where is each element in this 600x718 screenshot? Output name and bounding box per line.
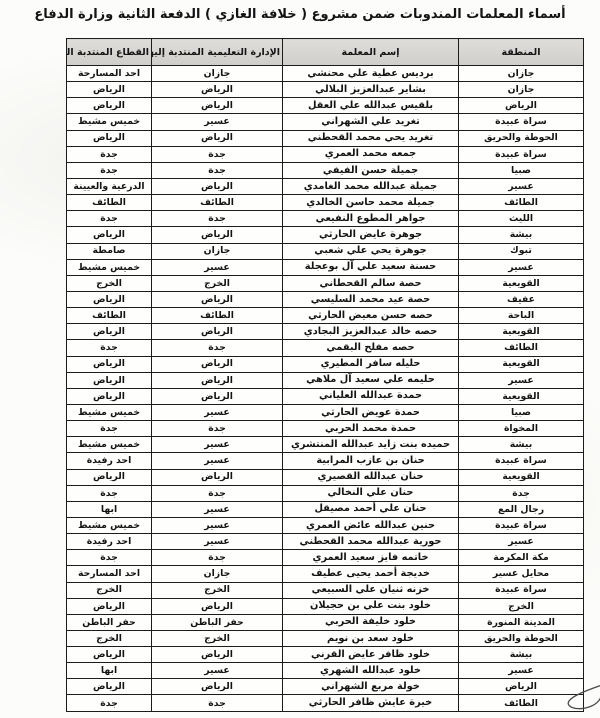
- cell-region: القويعية: [459, 469, 584, 485]
- table-row: الطائفخيرة عايش ظافر الحارثيجدةجدة: [67, 695, 584, 712]
- cell-region: جدة: [459, 485, 584, 501]
- cell-name: حنان علي أحمد مصيقل: [283, 501, 459, 517]
- cell-sector: الرياض: [67, 227, 152, 243]
- cell-name: حنين عبدالله عائض العمري: [283, 517, 459, 533]
- cell-region: عفيف: [459, 291, 584, 307]
- table-row: عسيرحسنة سعيد علي آل بوعجلةعسيرخميس مشيط: [67, 259, 584, 275]
- cell-sector: الرياض: [67, 388, 152, 404]
- table-row: جازانبشاير عبدالعزيز البلاليالرياضالرياض: [67, 82, 584, 98]
- cell-admin: حفر الباطن: [152, 614, 283, 630]
- delegated-teachers-table: المنطقة إسم المعلمة الإدارة التعليمية ال…: [66, 38, 584, 712]
- cell-admin: جدة: [152, 485, 283, 501]
- table-row: الرياضخولة مربع الشهرانيالرياضالرياض: [67, 679, 584, 695]
- cell-region: رجال المع: [459, 501, 584, 517]
- handwritten-pen-mark: [555, 681, 600, 715]
- cell-admin: جازان: [152, 243, 283, 259]
- cell-admin: جدة: [152, 146, 283, 162]
- cell-region: صبيا: [459, 162, 584, 178]
- table-row: القويعيةحمدة عبدالله العليانيالرياضالريا…: [67, 388, 584, 404]
- cell-name: جميلة عبدالله محمد الغامدي: [283, 178, 459, 194]
- scanned-document-page: { "page": { "title": "أسماء المعلمات الم…: [0, 0, 600, 718]
- cell-sector: احد المسارحة: [67, 566, 152, 582]
- cell-name: تغريد يحي محمد القحطني: [283, 130, 459, 146]
- cell-sector: احد المسارحة: [67, 66, 152, 82]
- cell-sector: الرياض: [67, 469, 152, 485]
- cell-sector: احد رفيدة: [67, 453, 152, 469]
- cell-name: حصه مفلح البقمي: [283, 340, 459, 356]
- cell-name: حصه خالد عبدالعزيز البجادي: [283, 324, 459, 340]
- cell-region: بيشة: [459, 647, 584, 663]
- table-row: القويعيةحصه خالد عبدالعزيز البجاديالرياض…: [67, 324, 584, 340]
- cell-region: الليث: [459, 211, 584, 227]
- cell-name: خلود ظافر عايض القرني: [283, 647, 459, 663]
- table-row: الحوطة والحريقتغريد يحي محمد القحطنيالري…: [67, 130, 584, 146]
- cell-region: تبوك: [459, 243, 584, 259]
- page-title: أسماء المعلمات المندوبات ضمن مشروع ( خلا…: [0, 7, 600, 22]
- table-row: سراة عبيدةخزنه ثنيان علي السبيعيالخرجالخ…: [67, 582, 584, 598]
- table-header: المنطقة إسم المعلمة الإدارة التعليمية ال…: [67, 39, 584, 66]
- cell-admin: عسير: [152, 437, 283, 453]
- cell-admin: عسير: [152, 534, 283, 550]
- table-row: بيشةحميده بنت زايد عبدالله المنتشريعسيرخ…: [67, 437, 584, 453]
- cell-region: القويعية: [459, 275, 584, 291]
- cell-admin: الرياض: [152, 388, 283, 404]
- cell-region: جازان: [459, 82, 584, 98]
- cell-region: الرياض: [459, 98, 584, 114]
- cell-region: صبيا: [459, 404, 584, 420]
- cell-region: محايل عسير: [459, 566, 584, 582]
- cell-region: جازان: [459, 66, 584, 82]
- table-row: سراة عبيدةتغريد علي الشهرانيعسيرخميس مشي…: [67, 114, 584, 130]
- table-row: الليثجواهر المطوع النفيعيجدةجدة: [67, 211, 584, 227]
- cell-region: الباحة: [459, 308, 584, 324]
- cell-admin: عسير: [152, 501, 283, 517]
- cell-sector: حفر الباطن: [67, 614, 152, 630]
- cell-sector: جدة: [67, 485, 152, 501]
- cell-name: حصه حسن معيض الحارثي: [283, 308, 459, 324]
- cell-sector: ابها: [67, 501, 152, 517]
- table-row: الطائفجميلة محمد حاسن الخالديالطائفالطائ…: [67, 195, 584, 211]
- cell-admin: الطائف: [152, 195, 283, 211]
- table-row: عسيرجميلة عبدالله محمد الغامديالرياضالدر…: [67, 178, 584, 194]
- table-row: الطائفحصه مفلح البقميجدةجدة: [67, 340, 584, 356]
- cell-sector: خميس مشيط: [67, 114, 152, 130]
- header-education-administration: الإدارة التعليمية المنتدبة إليها: [152, 39, 283, 66]
- cell-region: سراة عبيدة: [459, 517, 584, 533]
- cell-region: الحوطة والحريق: [459, 130, 584, 146]
- table-row: القويعيةحصة سالم القحطانيالخرجالخرج: [67, 275, 584, 291]
- cell-sector: الطائف: [67, 195, 152, 211]
- table-row: الخرجخلود بنت علي بن حجيلانالرياضالرياض: [67, 598, 584, 614]
- cell-admin: جازان: [152, 566, 283, 582]
- cell-region: بيشة: [459, 227, 584, 243]
- cell-admin: جدة: [152, 550, 283, 566]
- cell-name: خلود خليفة الحربي: [283, 614, 459, 630]
- table-row: سراة عبيدةحنين عبدالله عائض العمريعسيرخم…: [67, 517, 584, 533]
- cell-name: جميلة محمد حاسن الخالدي: [283, 195, 459, 211]
- table-row: جدةحنان علي النخاليجدةجدة: [67, 485, 584, 501]
- cell-admin: عسير: [152, 517, 283, 533]
- cell-admin: الرياض: [152, 647, 283, 663]
- cell-admin: عسير: [152, 453, 283, 469]
- table-row: سراة عبيدةحنان بن عازب المرابيةعسيراحد ر…: [67, 453, 584, 469]
- cell-sector: جدة: [67, 695, 152, 712]
- cell-name: حنان بن عازب المرابية: [283, 453, 459, 469]
- cell-region: سراة عبيدة: [459, 114, 584, 130]
- cell-region: الطائف: [459, 340, 584, 356]
- table-row: رجال المعحنان علي أحمد مصيقلعسيرابها: [67, 501, 584, 517]
- cell-sector: الرياض: [67, 291, 152, 307]
- cell-sector: خميس مشيط: [67, 517, 152, 533]
- table-row: عسيرحورية عبدالله محمد القحطنيعسيراحد رف…: [67, 534, 584, 550]
- cell-sector: خميس مشيط: [67, 437, 152, 453]
- cell-admin: جدة: [152, 421, 283, 437]
- cell-admin: عسير: [152, 114, 283, 130]
- cell-name: حسنة سعيد علي آل بوعجلة: [283, 259, 459, 275]
- cell-name: حنان علي النخالي: [283, 485, 459, 501]
- cell-name: تغريد علي الشهراني: [283, 114, 459, 130]
- cell-name: جوهرة عايض الحارثي: [283, 227, 459, 243]
- cell-admin: جدة: [152, 162, 283, 178]
- cell-sector: الرياض: [67, 356, 152, 372]
- table-row: مكة المكرمةخاتمه فايز سعيد العمريجدةجدة: [67, 550, 584, 566]
- cell-sector: جدة: [67, 340, 152, 356]
- cell-sector: الرياض: [67, 324, 152, 340]
- cell-sector: جدة: [67, 146, 152, 162]
- cell-admin: الرياض: [152, 679, 283, 695]
- cell-region: المخواة: [459, 421, 584, 437]
- cell-admin: الطائف: [152, 308, 283, 324]
- cell-admin: جازان: [152, 66, 283, 82]
- table-row: سراة عبيدةجمعه محمد العمريجدةجدة: [67, 146, 584, 162]
- cell-sector: الرياض: [67, 130, 152, 146]
- cell-name: حمدة عويض الحارثي: [283, 404, 459, 420]
- cell-admin: الخرج: [152, 275, 283, 291]
- cell-name: حورية عبدالله محمد القحطني: [283, 534, 459, 550]
- cell-admin: جدة: [152, 340, 283, 356]
- cell-name: برديس عطية علي محنشي: [283, 66, 459, 82]
- cell-sector: الخرج: [67, 582, 152, 598]
- cell-name: بلقيس عبدالله علي العقل: [283, 98, 459, 114]
- cell-sector: خميس مشيط: [67, 404, 152, 420]
- cell-admin: الرياض: [152, 291, 283, 307]
- table-row: تبوكجوهرة يحي علي شعبيجازانصامطة: [67, 243, 584, 259]
- cell-name: حمدة محمد الحربي: [283, 421, 459, 437]
- cell-name: حليمه علي سعيد آل ملاهي: [283, 372, 459, 388]
- cell-name: خلود عبدالله الشهري: [283, 663, 459, 679]
- cell-name: خيرة عايش ظافر الحارثي: [283, 695, 459, 712]
- cell-region: الخرج: [459, 598, 584, 614]
- cell-region: الحوطة والحريق: [459, 630, 584, 646]
- cell-name: جميلة حسن الفيفي: [283, 162, 459, 178]
- table-row: القويعيةحليله سافر المطيريالرياضالرياض: [67, 356, 584, 372]
- cell-name: حميده بنت زايد عبدالله المنتشري: [283, 437, 459, 453]
- table-row: القويعيةحنان عبدالله القصيريالرياضالرياض: [67, 469, 584, 485]
- cell-admin: الرياض: [152, 227, 283, 243]
- cell-sector: الخرج: [67, 630, 152, 646]
- header-region: المنطقة: [459, 39, 584, 66]
- cell-name: حمدة عبدالله العلياني: [283, 388, 459, 404]
- cell-region: عسير: [459, 259, 584, 275]
- cell-sector: الرياض: [67, 647, 152, 663]
- cell-name: خولة مربع الشهراني: [283, 679, 459, 695]
- cell-admin: جدة: [152, 695, 283, 712]
- cell-region: بيشة: [459, 437, 584, 453]
- table-row: صبياحمدة عويض الحارثيعسيرخميس مشيط: [67, 404, 584, 420]
- cell-admin: الرياض: [152, 178, 283, 194]
- cell-region: عسير: [459, 534, 584, 550]
- cell-sector: الرياض: [67, 82, 152, 98]
- header-sector: القطاع المنتدبة اليه: [67, 39, 152, 66]
- table-header-row: المنطقة إسم المعلمة الإدارة التعليمية ال…: [67, 39, 584, 66]
- cell-region: القويعية: [459, 388, 584, 404]
- cell-name: جواهر المطوع النفيعي: [283, 211, 459, 227]
- cell-name: حليله سافر المطيري: [283, 356, 459, 372]
- cell-name: خديجة أحمد يحيى عطيف: [283, 566, 459, 582]
- cell-region: مكة المكرمة: [459, 550, 584, 566]
- cell-sector: صامطة: [67, 243, 152, 259]
- cell-sector: الرياض: [67, 598, 152, 614]
- cell-name: جوهرة يحي علي شعبي: [283, 243, 459, 259]
- cell-name: خزنه ثنيان علي السبيعي: [283, 582, 459, 598]
- cell-region: المدينة المنورة: [459, 614, 584, 630]
- cell-name: خلود بنت علي بن حجيلان: [283, 598, 459, 614]
- cell-sector: الرياض: [67, 372, 152, 388]
- cell-admin: الرياض: [152, 98, 283, 114]
- cell-admin: الرياض: [152, 82, 283, 98]
- cell-region: الطائف: [459, 195, 584, 211]
- cell-sector: الرياض: [67, 98, 152, 114]
- cell-admin: الرياض: [152, 130, 283, 146]
- cell-name: حصة عيد محمد السليسي: [283, 291, 459, 307]
- cell-sector: الخرج: [67, 275, 152, 291]
- cell-sector: الطائف: [67, 308, 152, 324]
- cell-admin: الرياض: [152, 598, 283, 614]
- cell-region: القويعية: [459, 356, 584, 372]
- cell-sector: جدة: [67, 162, 152, 178]
- table-row: عسيرحليمه علي سعيد آل ملاهيالرياضالرياض: [67, 372, 584, 388]
- table-row: جازانبرديس عطية علي محنشيجازاناحد المسار…: [67, 66, 584, 82]
- cell-region: عسير: [459, 372, 584, 388]
- cell-name: خاتمه فايز سعيد العمري: [283, 550, 459, 566]
- cell-sector: الرياض: [67, 679, 152, 695]
- table-row: عفيفحصة عيد محمد السليسيالرياضالرياض: [67, 291, 584, 307]
- cell-name: بشاير عبدالعزيز البلالي: [283, 82, 459, 98]
- cell-admin: جدة: [152, 211, 283, 227]
- cell-admin: الخرج: [152, 630, 283, 646]
- table-row: الرياضبلقيس عبدالله علي العقلالرياضالريا…: [67, 98, 584, 114]
- cell-admin: عسير: [152, 259, 283, 275]
- cell-name: خلود سعد بن نويم: [283, 630, 459, 646]
- table-row: المخواةحمدة محمد الحربيجدةجدة: [67, 421, 584, 437]
- cell-region: سراة عبيدة: [459, 582, 584, 598]
- cell-region: سراة عبيدة: [459, 453, 584, 469]
- table-row: المدينة المنورةخلود خليفة الحربيحفر البا…: [67, 614, 584, 630]
- table-row: بيشةخلود ظافر عايض القرنيالرياضالرياض: [67, 647, 584, 663]
- cell-admin: الرياض: [152, 469, 283, 485]
- cell-sector: احد رفيدة: [67, 534, 152, 550]
- cell-region: عسير: [459, 663, 584, 679]
- cell-name: حصة سالم القحطاني: [283, 275, 459, 291]
- cell-sector: الدرعية والعيينة: [67, 178, 152, 194]
- table-body: جازانبرديس عطية علي محنشيجازاناحد المسار…: [67, 66, 584, 712]
- table-row: محايل عسيرخديجة أحمد يحيى عطيفجازاناحد ا…: [67, 566, 584, 582]
- cell-admin: الخرج: [152, 582, 283, 598]
- table-row: عسيرخلود عبدالله الشهريعسيرابها: [67, 663, 584, 679]
- cell-sector: ابها: [67, 663, 152, 679]
- cell-region: سراة عبيدة: [459, 146, 584, 162]
- cell-region: عسير: [459, 178, 584, 194]
- cell-sector: جدة: [67, 550, 152, 566]
- table-row: الباحةحصه حسن معيض الحارثيالطائفالطائف: [67, 308, 584, 324]
- header-teacher-name: إسم المعلمة: [283, 39, 459, 66]
- cell-name: جمعه محمد العمري: [283, 146, 459, 162]
- cell-region: القويعية: [459, 324, 584, 340]
- cell-sector: خميس مشيط: [67, 259, 152, 275]
- cell-admin: عسير: [152, 663, 283, 679]
- cell-admin: الرياض: [152, 324, 283, 340]
- cell-admin: الرياض: [152, 356, 283, 372]
- cell-sector: جدة: [67, 211, 152, 227]
- table-row: الحوطة والحريقخلود سعد بن نويمالخرجالخرج: [67, 630, 584, 646]
- table-row: صبياجميلة حسن الفيفيجدةجدة: [67, 162, 584, 178]
- cell-admin: الرياض: [152, 372, 283, 388]
- cell-sector: جدة: [67, 421, 152, 437]
- cell-name: حنان عبدالله القصيري: [283, 469, 459, 485]
- table-row: بيشةجوهرة عايض الحارثيالرياضالرياض: [67, 227, 584, 243]
- cell-admin: عسير: [152, 404, 283, 420]
